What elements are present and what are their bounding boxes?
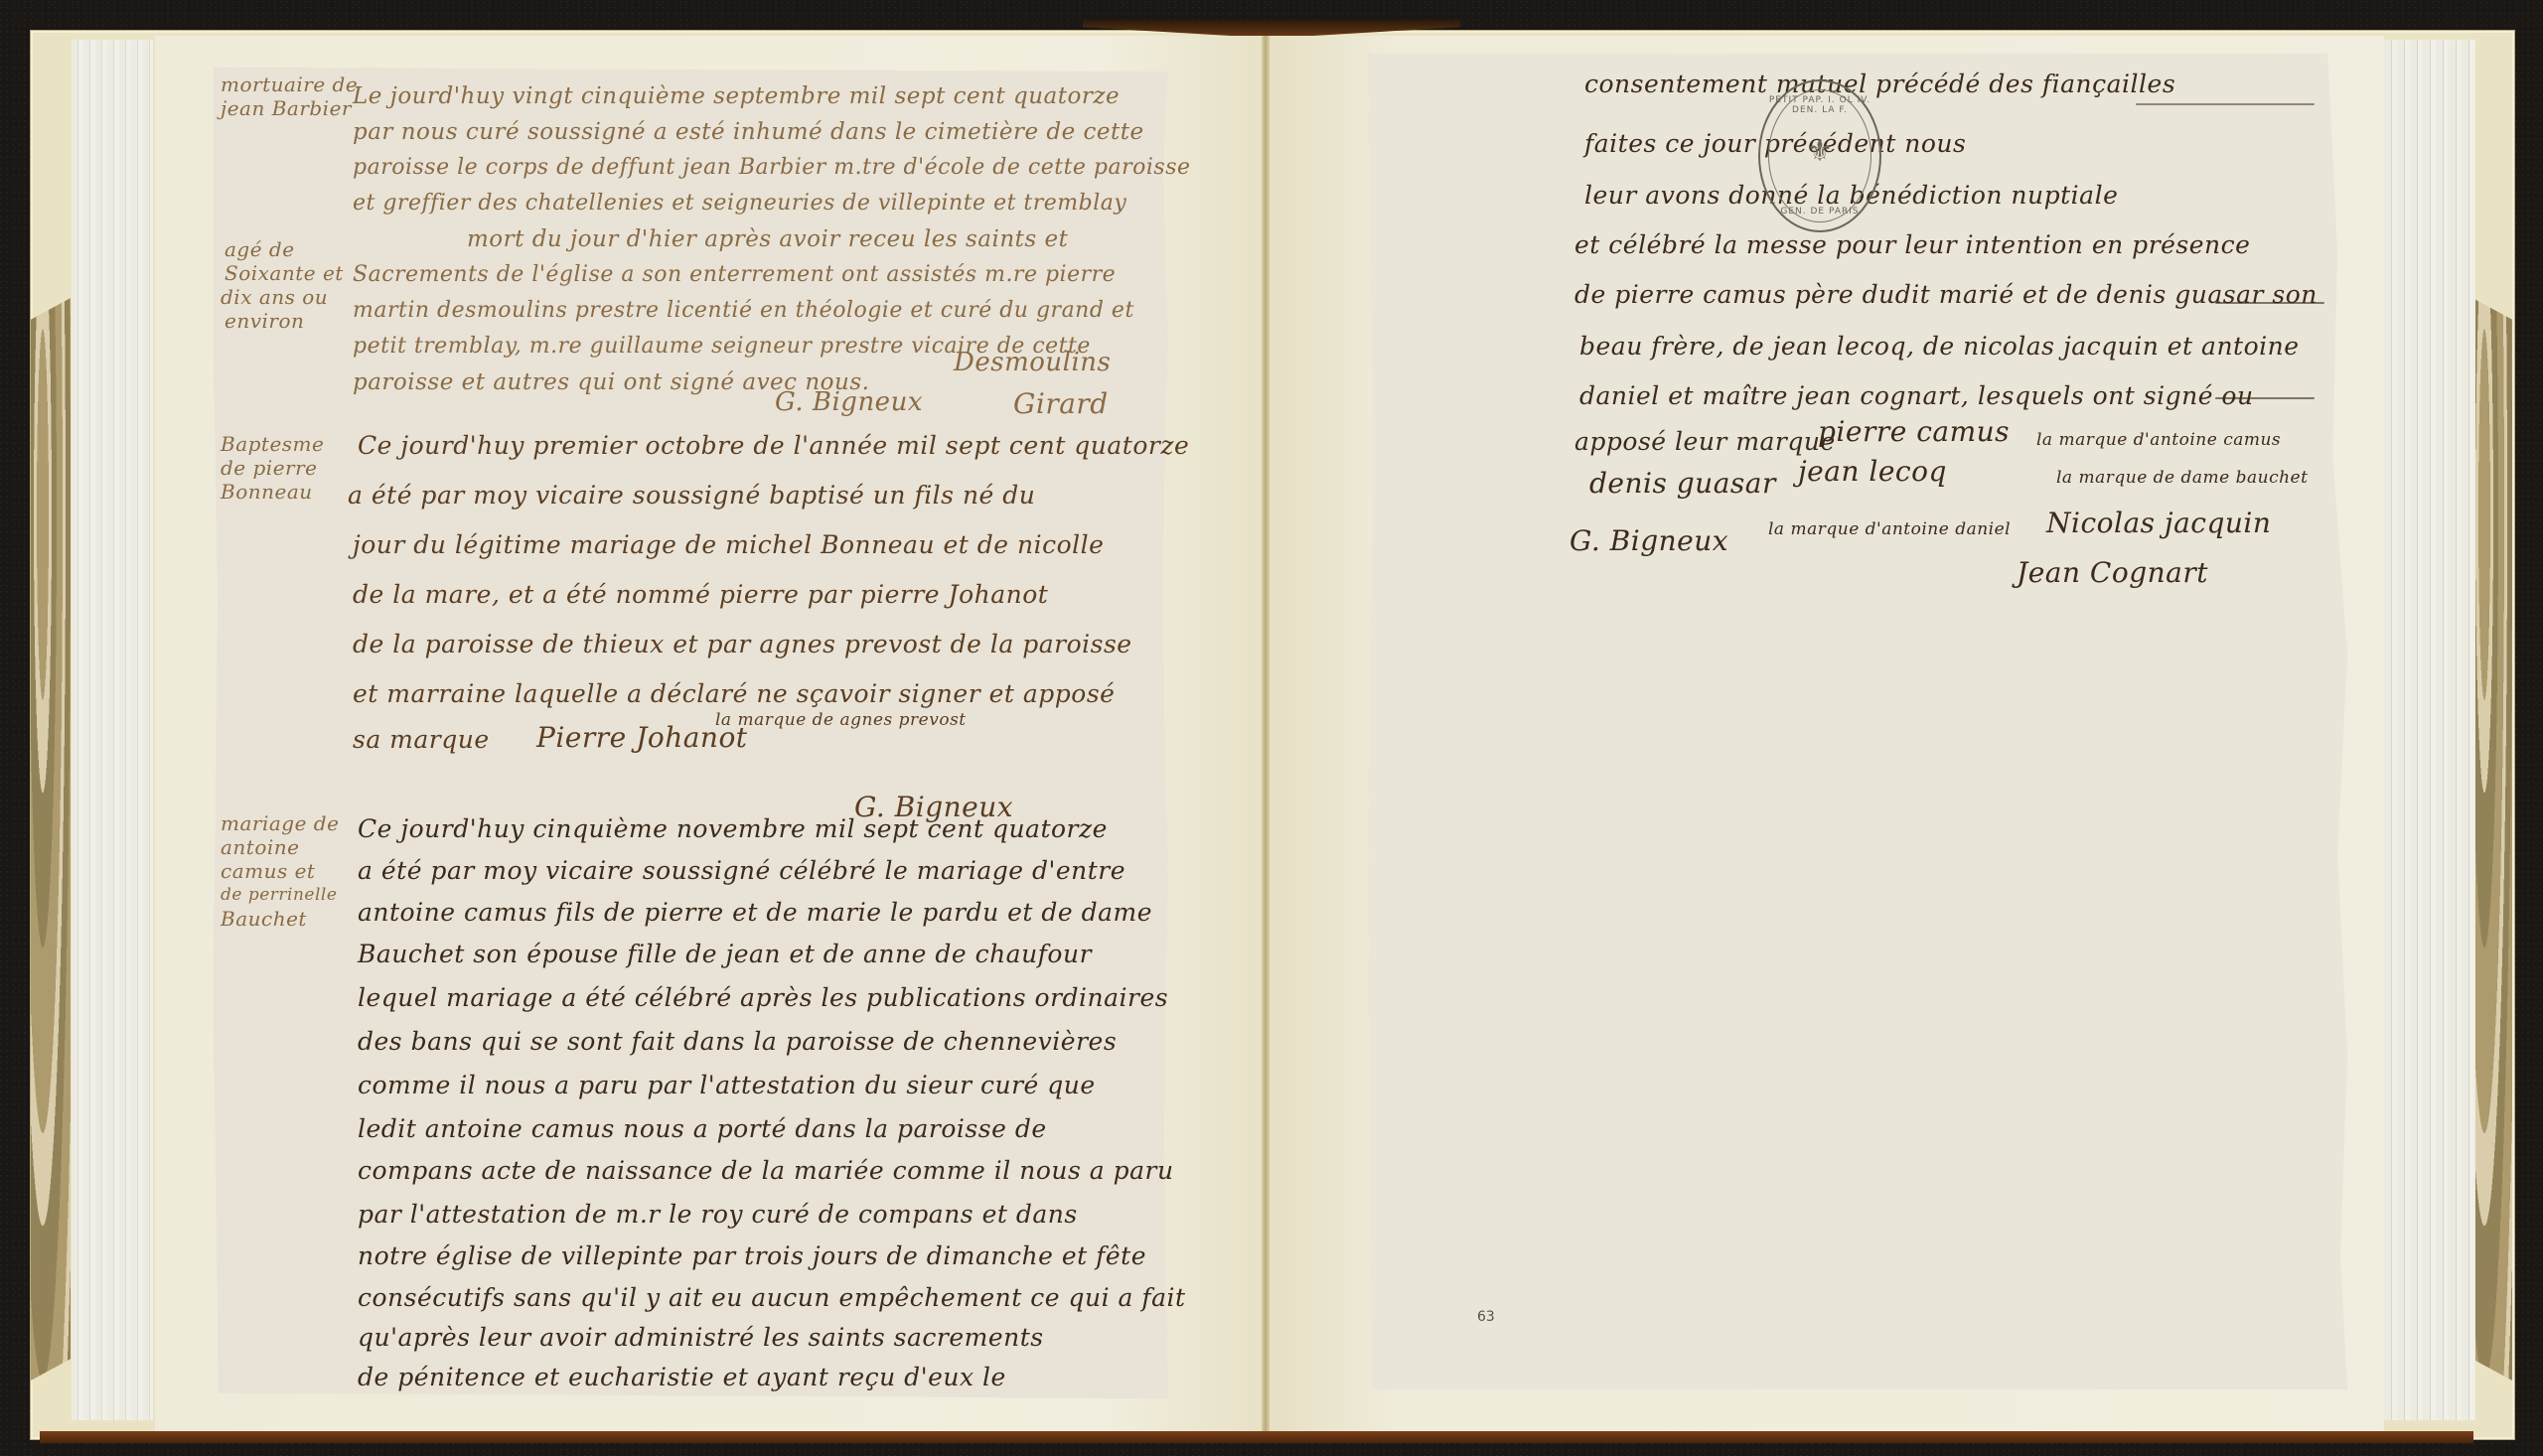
- stamp-bottom-text: GEN. DE PARIS: [1760, 207, 1879, 217]
- flourish-line: [2215, 302, 2324, 304]
- text-line: a été par moy vicaire soussigné célébré …: [358, 856, 1125, 886]
- signature: Nicolas jacquin: [2046, 507, 2271, 539]
- margin-title-line: Bonneau: [221, 479, 313, 505]
- signature: Girard: [1013, 387, 1109, 420]
- margin-note-line: dix ans ou: [221, 284, 328, 310]
- margin-note-line: agé de: [224, 236, 295, 262]
- text-line: daniel et maître jean cognart, lesquels …: [1579, 381, 2254, 411]
- flourish-line: [2215, 397, 2315, 399]
- mark-note: la marque d'antoine daniel: [1768, 516, 2011, 542]
- margin-title-line: Baptesme: [221, 431, 324, 457]
- marbled-endpaper-right: [2472, 298, 2512, 1381]
- text-line: martin desmoulins prestre licentié en th…: [353, 296, 1134, 326]
- tailband: [40, 1431, 2473, 1443]
- text-line: Ce jourd'huy cinquième novembre mil sept…: [358, 814, 1108, 844]
- fleur-de-lis-icon: ⚜: [1794, 121, 1846, 183]
- margin-title-line: de pierre: [221, 455, 318, 481]
- marbled-endpaper-left: [31, 298, 71, 1381]
- text-line: lequel mariage a été célébré après les p…: [358, 983, 1168, 1013]
- text-line: Le jourd'huy vingt cinquième septembre m…: [353, 81, 1120, 111]
- mark-note: la marque de dame bauchet: [2056, 465, 2308, 491]
- margin-note-line: environ: [224, 308, 304, 334]
- text-line: mort du jour d'hier après avoir receu le…: [467, 224, 1068, 254]
- text-line: consécutifs sans qu'il y ait eu aucun em…: [358, 1283, 1186, 1313]
- margin-title-line: jean Barbier: [221, 95, 352, 121]
- text-line: apposé leur marque: [1574, 427, 1836, 457]
- text-line: notre église de villepinte par trois jou…: [358, 1241, 1146, 1271]
- paper-tax-stamp: PETIT PAP. I. OL IV. DEN. LA F. ⚜ GEN. D…: [1758, 79, 1881, 232]
- text-line: comme il nous a paru par l'attestation d…: [358, 1071, 1096, 1100]
- mark-note: la marque d'antoine camus: [2036, 427, 2281, 453]
- text-line: des bans qui se sont fait dans la parois…: [358, 1027, 1117, 1057]
- text-line: de pénitence et eucharistie et ayant reç…: [358, 1363, 1006, 1392]
- text-line: jour du légitime mariage de michel Bonne…: [353, 530, 1104, 560]
- page-stack-left: [72, 40, 153, 1420]
- text-line: ledit antoine camus nous a porté dans la…: [358, 1114, 1047, 1144]
- margin-title-line: Bauchet: [221, 906, 307, 932]
- signature: Jean Cognart: [2017, 556, 2208, 589]
- text-line: qu'après leur avoir administré les saint…: [358, 1323, 1044, 1353]
- signature: Desmoulins: [954, 348, 1111, 377]
- text-line: par nous curé soussigné a esté inhumé da…: [353, 117, 1144, 147]
- text-line: et célébré la messe pour leur intention …: [1574, 230, 2250, 260]
- margin-title-line: mariage de: [221, 810, 339, 836]
- page-number: 63: [1477, 1309, 1495, 1325]
- text-line: de la mare, et a été nommé pierre par pi…: [353, 580, 1048, 610]
- text-line: de la paroisse de thieux et par agnes pr…: [353, 630, 1132, 659]
- signature: G. Bigneux: [775, 387, 923, 417]
- text-line: beau frère, de jean lecoq, de nicolas ja…: [1579, 332, 2300, 362]
- signature: pierre camus: [1818, 415, 2010, 448]
- text-line: paroisse le corps de deffunt jean Barbie…: [353, 153, 1191, 183]
- text-line: a été par moy vicaire soussigné baptisé …: [348, 481, 1035, 510]
- text-line: Bauchet son épouse fille de jean et de a…: [358, 940, 1092, 969]
- text-line: et greffier des chatellenies et seigneur…: [353, 189, 1126, 218]
- flourish-line: [2136, 103, 2315, 105]
- stamp-top-text: PETIT PAP. I. OL IV. DEN. LA F.: [1760, 95, 1879, 115]
- text-line: antoine camus fils de pierre et de marie…: [358, 898, 1152, 928]
- text-line: Ce jourd'huy premier octobre de l'année …: [358, 431, 1189, 461]
- signature: denis guasar: [1589, 467, 1776, 500]
- mark-note: la marque de agnes prevost: [715, 707, 967, 733]
- text-line: Sacrements de l'église a son enterrement…: [353, 260, 1116, 290]
- margin-title-line: antoine: [221, 834, 300, 860]
- margin-title-line: camus et: [221, 858, 315, 884]
- text-line: par l'attestation de m.r le roy curé de …: [358, 1200, 1078, 1230]
- book-gutter: [1262, 36, 1270, 1431]
- margin-title-line: mortuaire de: [221, 72, 358, 97]
- text-line: compans acte de naissance de la mariée c…: [358, 1156, 1174, 1186]
- text-line: et marraine laquelle a déclaré ne sçavoi…: [353, 679, 1115, 709]
- signature: G. Bigneux: [1570, 524, 1728, 557]
- margin-note-line: Soixante et: [224, 260, 344, 286]
- text-line: de pierre camus père dudit marié et de d…: [1574, 280, 2318, 310]
- page-stack-right: [2384, 40, 2475, 1420]
- margin-title-line: de perrinelle: [221, 882, 337, 908]
- signature: jean lecoq: [1798, 455, 1947, 488]
- text-line: consentement mutuel précédé des fiançail…: [1584, 70, 2175, 99]
- text-line: sa marque: [353, 725, 490, 755]
